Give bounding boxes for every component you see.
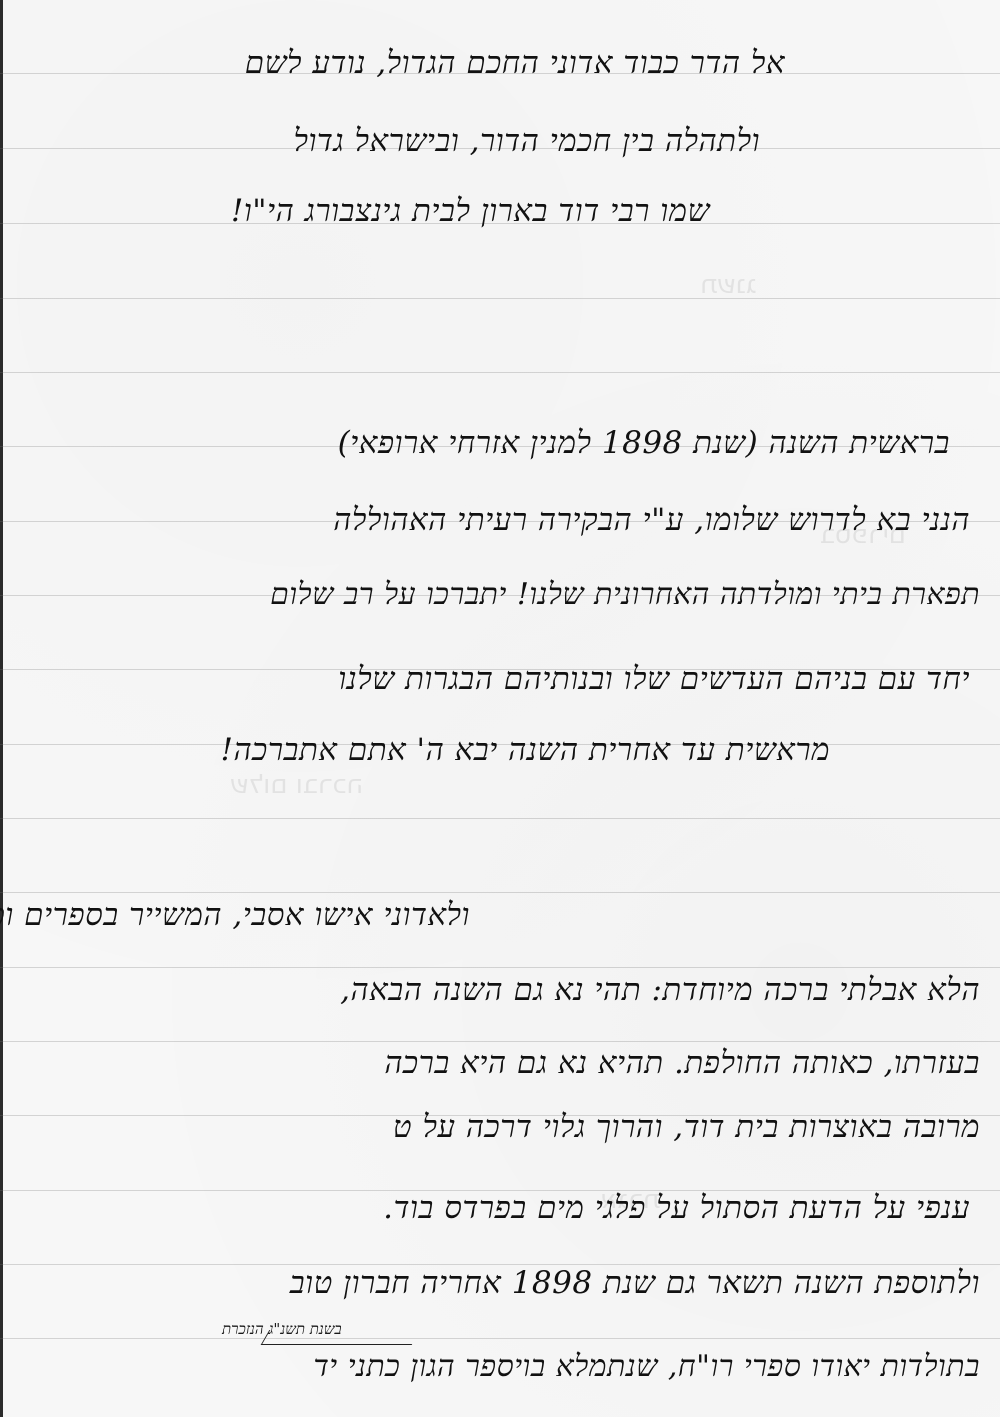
ruled-line (0, 1041, 1000, 1042)
paragraph-1-line-3: תפארת ביתי ומולדתה האחרונית שלנו! יתברכו… (270, 580, 980, 610)
letter-page: תשנג שלום וברכה בספרים אגרת אל הדר כבוד … (0, 0, 1000, 1417)
salutation-line-1: אל הדר כבוד אדוני החכם הגדול, נודע לשם (245, 48, 785, 79)
salutation-line-2: ולתהלה בין חכמי הדור, ובישראל גדול (293, 126, 760, 157)
ruled-line (0, 967, 1000, 968)
paragraph-1-line-1: בראשית השנה (שנת 1898 למנין אזרחי ארופאי… (338, 428, 950, 459)
paragraph-2-line-2: הלא אבלתי ברכה מיוחדת: תהי נא גם השנה הב… (340, 975, 980, 1006)
paragraph-2-line-1: ולאדוני אישו אסבי, המשייר בספרים ופנינים… (0, 900, 470, 931)
paragraph-2-line-6: ולתוספת השנה תשאר גם שנת 1898 אחריה חברו… (290, 1268, 980, 1299)
paragraph-1-line-4: יחד עם בניהם העדשים שלו ובנותיהם הבגרות … (338, 664, 970, 695)
page-left-edge (0, 0, 3, 1417)
paragraph-2-line-5: ענפי על הדעת הסתול על פלגי מים בפרדס בוד… (383, 1193, 970, 1224)
show-through-text: שלום וברכה (230, 770, 363, 800)
ruled-line (0, 818, 1000, 819)
insertion-caret-mark (261, 1330, 421, 1345)
paragraph-1-line-5: מראשית עד אחרית השנה יבא ה' אתם אתברכה! (221, 735, 830, 766)
show-through-text: תשנג (700, 270, 757, 300)
paragraph-1-line-2: הנני בא לדרוש שלומו, ע"י הבקירה רעיתי הא… (333, 505, 970, 536)
ruled-line (0, 892, 1000, 893)
ruled-line (0, 1338, 1000, 1339)
paragraph-2-line-7: בתולדות יאודו ספרי רו"ח, שנתמלא בויספר ה… (313, 1352, 980, 1382)
ruled-line (0, 298, 1000, 299)
ruled-line (0, 372, 1000, 373)
paragraph-2-line-3: בעזרתו, כאותה החולפת. תהיא נא גם היא ברכ… (384, 1048, 980, 1079)
paragraph-2-line-4: מרובה באוצרות בית דוד, והרוך גלוי דרכה ע… (393, 1112, 980, 1143)
salutation-line-3: שמו רבי דוד בארון לבית גינצבורג הי"ו! (231, 196, 710, 227)
